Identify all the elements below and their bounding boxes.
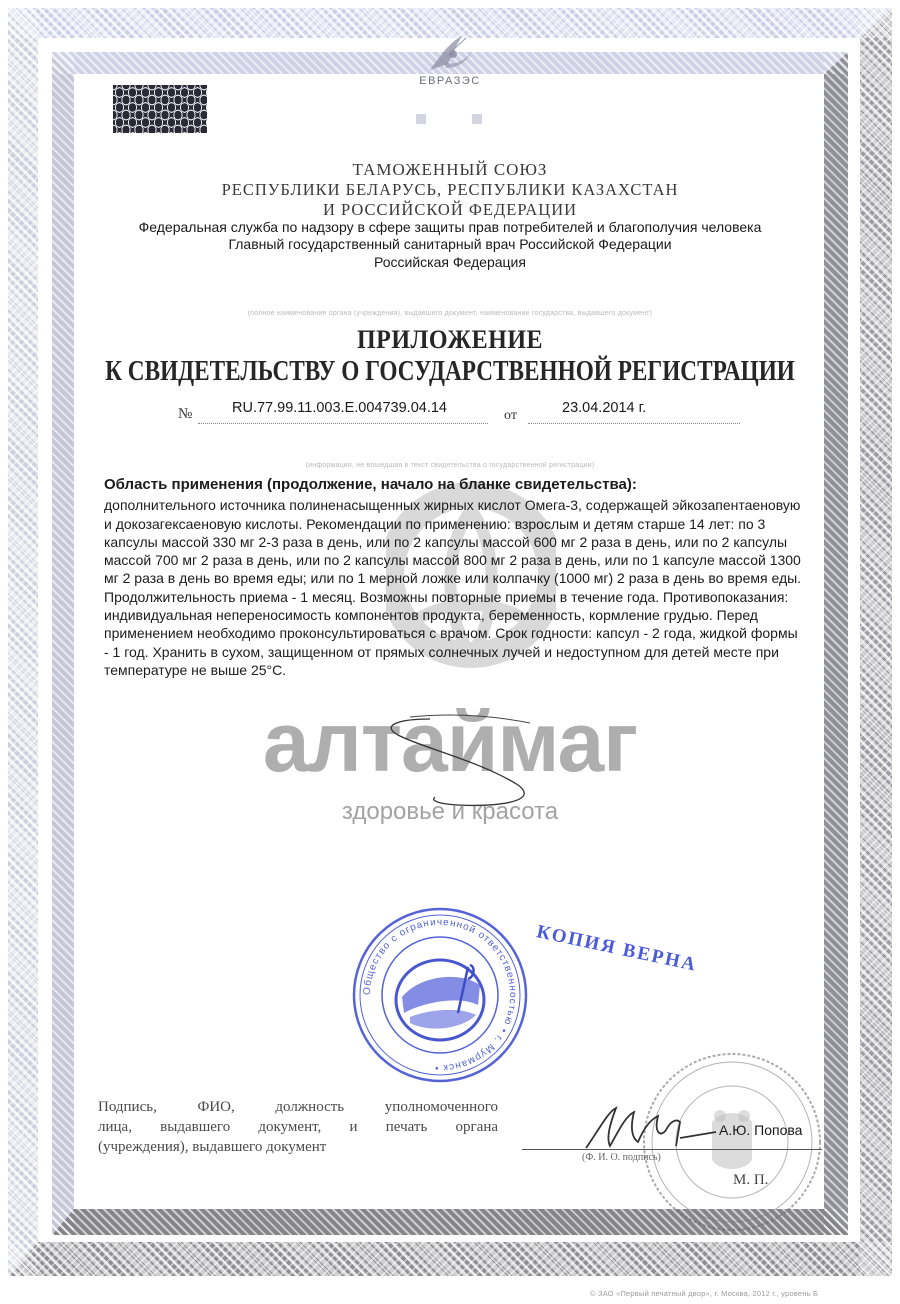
signature-scribble [340,705,560,815]
republics-heading: РЕСПУБЛИКИ БЕЛАРУСЬ, РЕСПУБЛИКИ КАЗАХСТА… [0,180,900,200]
emblem-ornament-icon [414,112,484,126]
signature-line [522,1149,822,1150]
signature-caption-line: (учреждения), выдавшего документ [98,1137,498,1157]
registration-row: № RU.77.99.11.003.Е.004739.04.14 от 23.0… [0,400,900,424]
company-seal-icon: Общество с ограниченной ответственностью… [350,905,530,1085]
watermark-brand: алтаймаг [0,700,900,784]
scope-text: дополнительного источника полиненасыщенн… [104,496,804,679]
federal-service-name: Федеральная служба по надзору в сфере за… [0,219,900,235]
eurasec-emblem-icon [422,32,478,74]
signature-caption: Подпись, ФИО, должность уполномоченного … [98,1097,498,1157]
document-subtitle: К СВИДЕТЕЛЬСТВУ О ГОСУДАРСТВЕННОЙ РЕГИСТ… [32,356,869,387]
customs-union-heading: ТАМОЖЕННЫЙ СОЮЗ [0,160,900,180]
number-underline [198,423,488,424]
scope-heading: Область применения (продолжение, начало … [104,476,804,494]
signature-caption-line: лица, выдавшего документ, и печать орган… [98,1117,498,1137]
signature-caption-line: Подпись, ФИО, должность уполномоченного [98,1097,498,1117]
issuer-caption: (полное наименование органа (учреждения)… [150,310,750,317]
printer-note: © ЗАО «Первый печатный двор», г. Москва,… [590,1289,818,1298]
watermark-tagline: здоровье и красота [0,798,900,826]
country-name: Российская Федерация [0,254,900,270]
document-page: ЕВРАЗЭС ТАМОЖЕННЫЙ СОЮЗ РЕСПУБЛИКИ БЕЛАР… [0,0,900,1304]
from-label: от [504,408,517,424]
registration-number: RU.77.99.11.003.Е.004739.04.14 [232,400,447,416]
signer-name: А.Ю. Попова [719,1122,802,1138]
russian-federation-heading: И РОССИЙСКОЙ ФЕДЕРАЦИИ [0,200,900,220]
handwritten-signature [580,1098,720,1154]
date-underline [528,423,740,424]
security-pattern-block [113,85,207,133]
number-label: № [178,406,192,423]
registration-date: 23.04.2014 г. [562,400,646,416]
scope-section: Область применения (продолжение, начало … [104,476,804,679]
copy-verified-stamp: КОПИЯ ВЕРНА [535,921,700,977]
document-title: ПРИЛОЖЕНИЕ [0,325,900,355]
fio-label: (Ф. И. О. подпись) [582,1152,661,1163]
additional-info-caption: (информация, не вошедшая в текст свидете… [270,462,630,469]
seal-place-label: М. П. [733,1172,768,1189]
chief-doctor-title: Главный государственный санитарный врач … [0,236,900,252]
eurasec-emblem: ЕВРАЗЭС [408,32,492,87]
emblem-label: ЕВРАЗЭС [408,75,492,87]
